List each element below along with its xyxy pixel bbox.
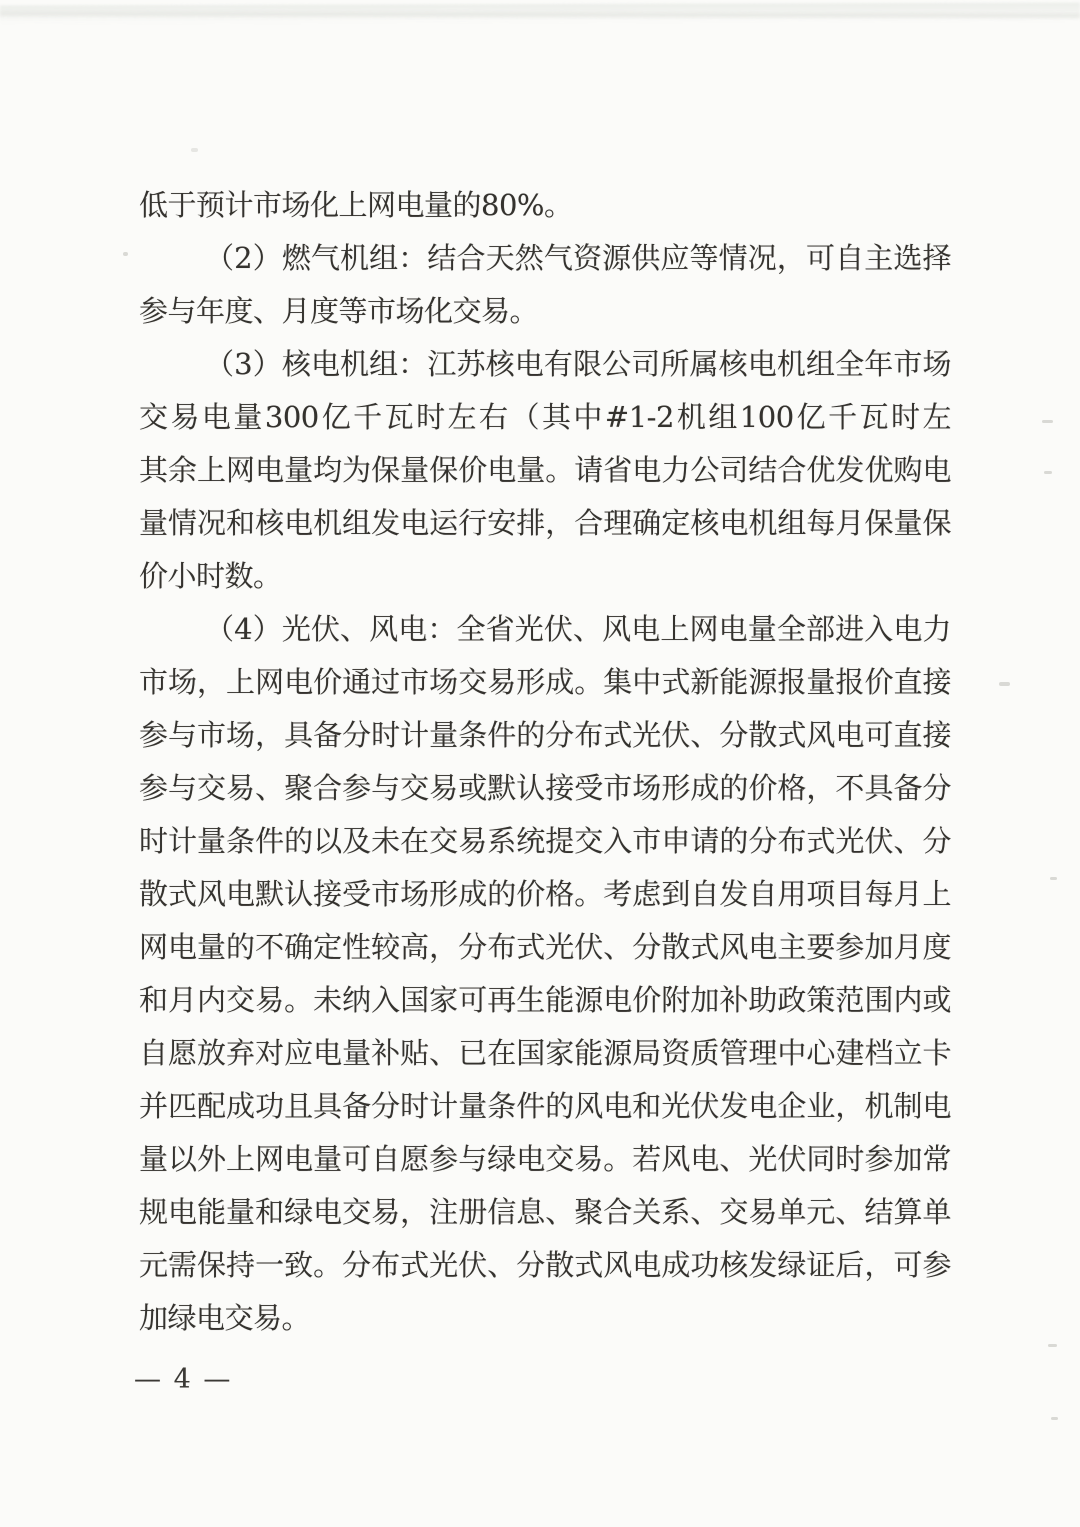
text-line: 价小时数。 bbox=[139, 550, 951, 603]
text-line: （3）核电机组：江苏核电有限公司所属核电机组全年市场 bbox=[139, 338, 951, 391]
text-line: （4）光伏、风电：全省光伏、风电上网电量全部进入电力 bbox=[139, 603, 951, 656]
text-line: 和月内交易。未纳入国家可再生能源电价附加补助政策范围内或 bbox=[139, 974, 951, 1027]
text-line: 低于预计市场化上网电量的80%。 bbox=[139, 179, 951, 232]
text-line: 其余上网电量均为保量保价电量。请省电力公司结合优发优购电 bbox=[139, 444, 951, 497]
text-line: 量情况和核电机组发电运行安排，合理确定核电机组每月保量保 bbox=[139, 497, 951, 550]
scan-speck bbox=[999, 682, 1010, 686]
text-line: （2）燃气机组：结合天然气资源供应等情况，可自主选择 bbox=[139, 232, 951, 285]
scan-speck bbox=[191, 148, 198, 152]
text-line: 自愿放弃对应电量补贴、已在国家能源局资质管理中心建档立卡 bbox=[139, 1027, 951, 1080]
text-line: 交易电量300亿千瓦时左右（其中#1-2机组100亿千瓦时左右）， bbox=[139, 391, 951, 444]
scan-speck bbox=[1048, 1344, 1057, 1347]
text-line: 加绿电交易。 bbox=[139, 1292, 951, 1345]
text-line: 元需保持一致。分布式光伏、分散式风电成功核发绿证后，可参 bbox=[139, 1239, 951, 1292]
text-line: 参与市场，具备分时计量条件的分布式光伏、分散式风电可直接 bbox=[139, 709, 951, 762]
scan-speck bbox=[1050, 877, 1057, 880]
scan-speck bbox=[1042, 420, 1053, 423]
document-body: 低于预计市场化上网电量的80%。 （2）燃气机组：结合天然气资源供应等情况，可自… bbox=[139, 179, 951, 1345]
page-number: — 4 — bbox=[134, 1363, 232, 1397]
text-line: 网电量的不确定性较高，分布式光伏、分散式风电主要参加月度 bbox=[139, 921, 951, 974]
text-line: 市场，上网电价通过市场交易形成。集中式新能源报量报价直接 bbox=[139, 656, 951, 709]
scan-speck bbox=[1044, 471, 1052, 474]
scan-speck bbox=[123, 252, 128, 256]
text-line: 规电能量和绿电交易，注册信息、聚合关系、交易单元、结算单 bbox=[139, 1186, 951, 1239]
text-line: 参与交易、聚合参与交易或默认接受市场形成的价格，不具备分 bbox=[139, 762, 951, 815]
text-line: 参与年度、月度等市场化交易。 bbox=[139, 285, 951, 338]
text-line: 并匹配成功且具备分时计量条件的风电和光伏发电企业，机制电 bbox=[139, 1080, 951, 1133]
text-line: 散式风电默认接受市场形成的价格。考虑到自发自用项目每月上 bbox=[139, 868, 951, 921]
scan-speck bbox=[1051, 1417, 1058, 1420]
scanned-document-page: 低于预计市场化上网电量的80%。 （2）燃气机组：结合天然气资源供应等情况，可自… bbox=[0, 0, 1080, 1527]
text-line: 量以外上网电量可自愿参与绿电交易。若风电、光伏同时参加常 bbox=[139, 1133, 951, 1186]
text-line: 时计量条件的以及未在交易系统提交入市申请的分布式光伏、分 bbox=[139, 815, 951, 868]
